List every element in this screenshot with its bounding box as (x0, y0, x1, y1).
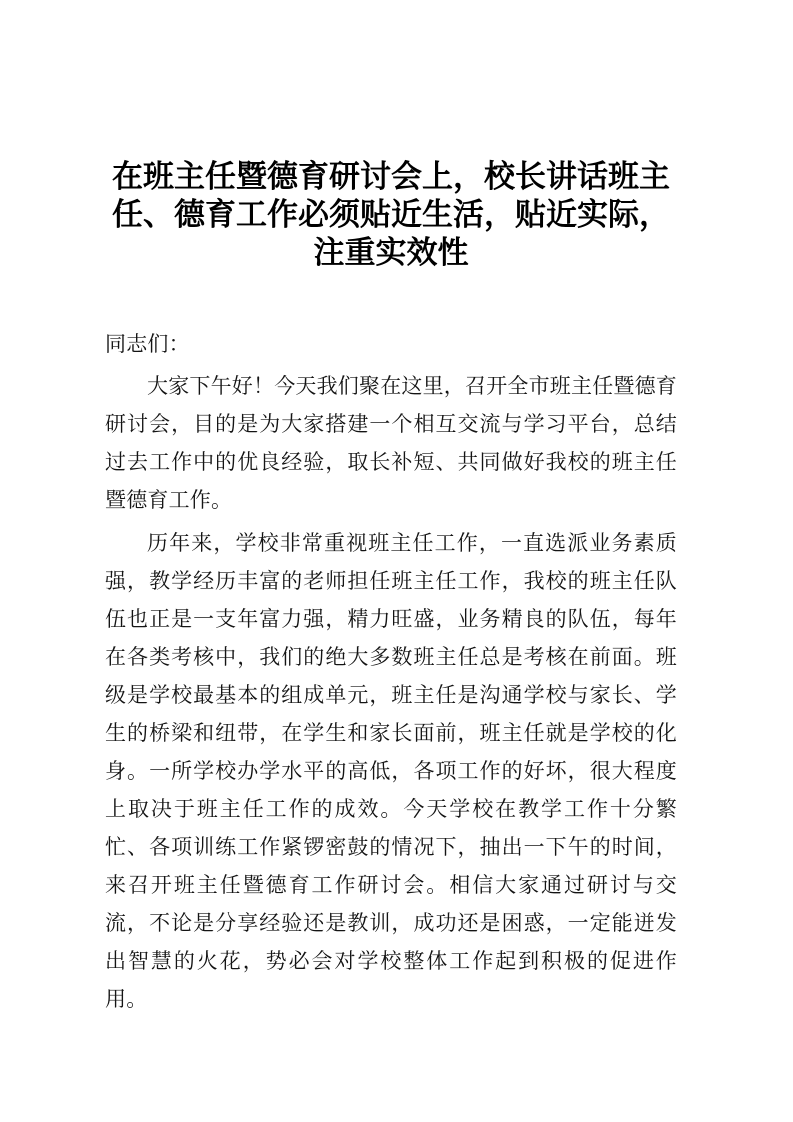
document-title: 在班主任暨德育研讨会上，校长讲话班主任、德育工作必须贴近生活，贴近实际，注重实效… (105, 158, 677, 272)
body-paragraph-1: 大家下午好！今天我们聚在这里，召开全市班主任暨德育研讨会，目的是为大家搭建一个相… (105, 367, 677, 519)
salutation-line: 同志们： (105, 325, 677, 363)
document-page: 在班主任暨德育研讨会上，校长讲话班主任、德育工作必须贴近生活，贴近实际，注重实效… (0, 0, 793, 1122)
body-paragraph-2: 历年来，学校非常重视班主任工作，一直选派业务素质强，教学经历丰富的老师担任班主任… (105, 524, 677, 1018)
document-content: 在班主任暨德育研讨会上，校长讲话班主任、德育工作必须贴近生活，贴近实际，注重实效… (105, 0, 677, 1018)
